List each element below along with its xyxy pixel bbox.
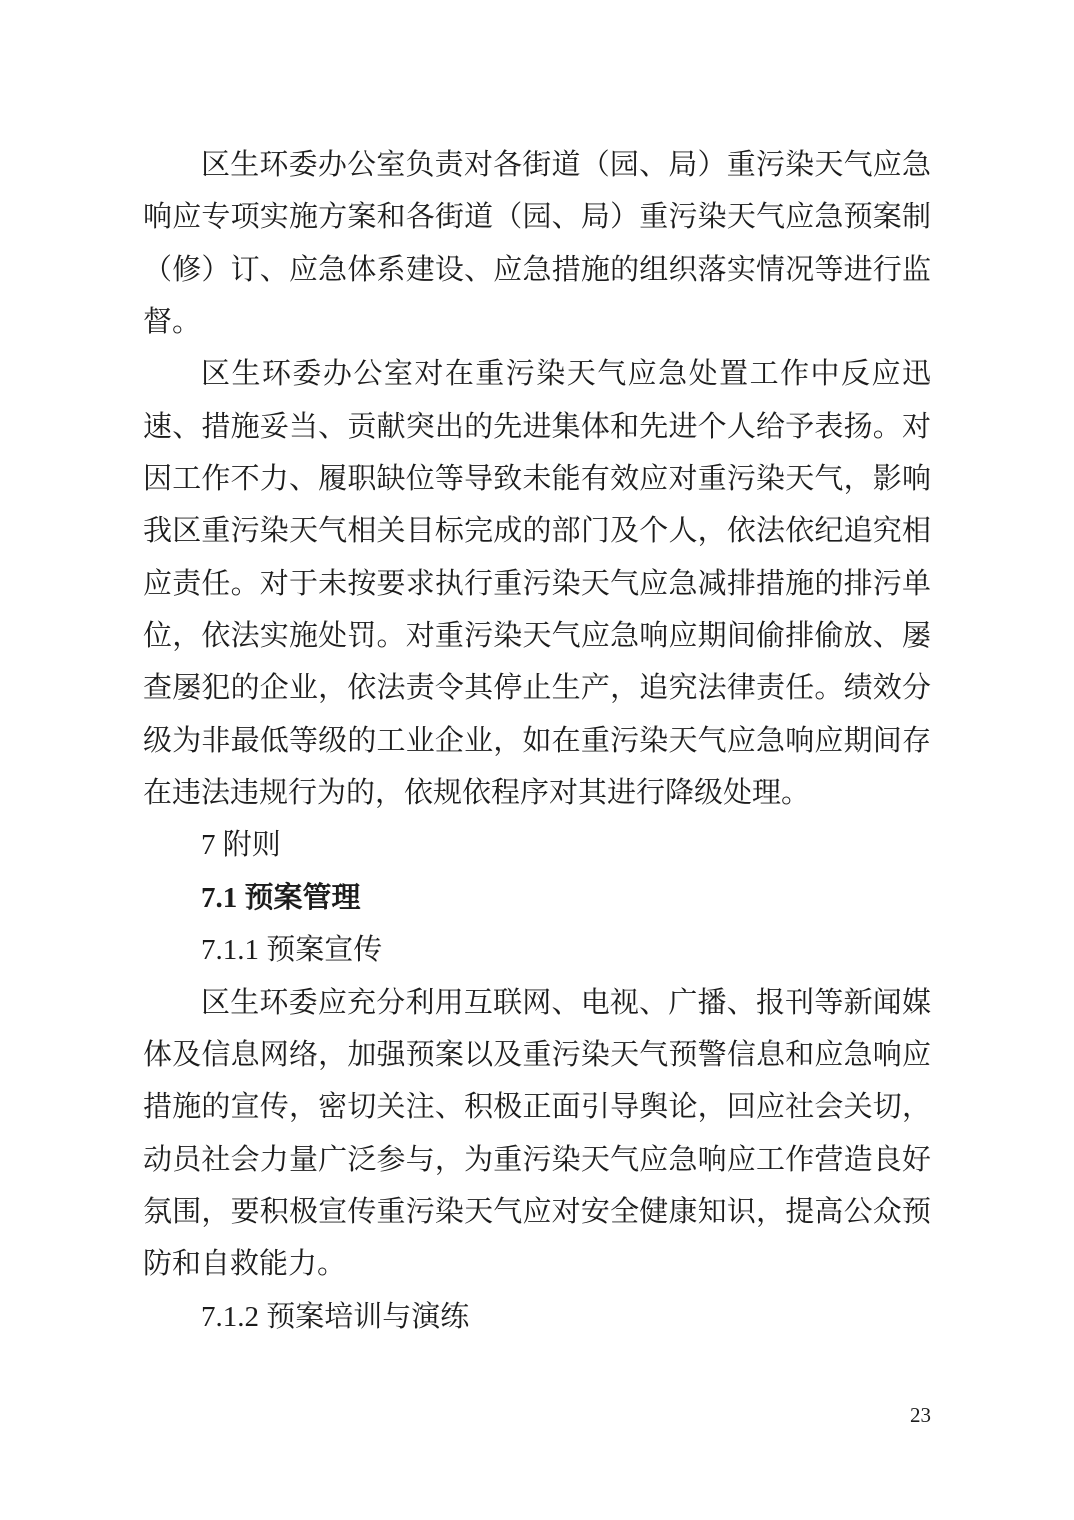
- heading-7-supplementary-provisions: 7 附则: [143, 819, 931, 871]
- paragraph-supervision: 区生环委办公室负责对各街道（园、局）重污染天气应急响应专项实施方案和各街道（园、…: [143, 139, 931, 348]
- document-body: 区生环委办公室负责对各街道（园、局）重污染天气应急响应专项实施方案和各街道（园、…: [143, 139, 931, 1343]
- heading-7-1-plan-management: 7.1 预案管理: [143, 872, 931, 924]
- page-number: 23: [910, 1402, 931, 1428]
- paragraph-rewards-and-penalties: 区生环委办公室对在重污染天气应急处置工作中反应迅速、措施妥当、贡献突出的先进集体…: [143, 348, 931, 819]
- heading-7-1-1-plan-publicity: 7.1.1 预案宣传: [143, 924, 931, 976]
- document-page: 区生环委办公室负责对各街道（园、局）重污染天气应急响应专项实施方案和各街道（园、…: [0, 0, 1074, 1520]
- heading-7-1-2-training-and-drills: 7.1.2 预案培训与演练: [143, 1291, 931, 1343]
- paragraph-publicity-measures: 区生环委应充分利用互联网、电视、广播、报刊等新闻媒体及信息网络，加强预案以及重污…: [143, 977, 931, 1291]
